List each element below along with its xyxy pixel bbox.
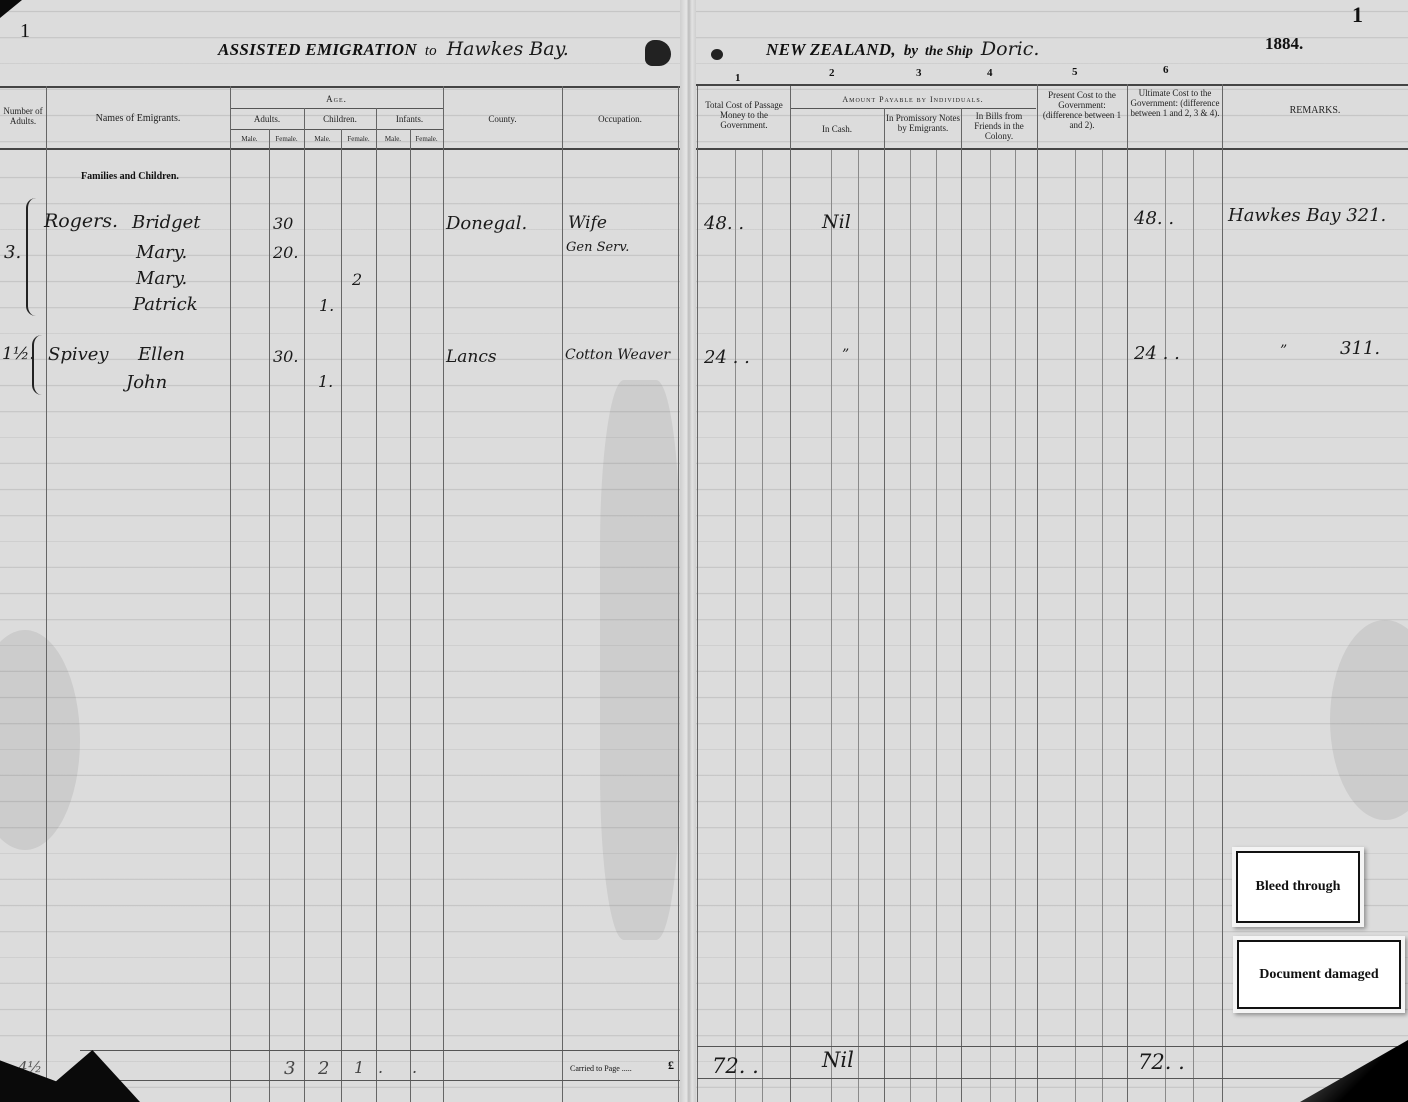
header-names: Names of Emigrants. bbox=[46, 114, 230, 124]
header-infants: Infants. bbox=[376, 114, 443, 124]
damage-hole bbox=[711, 49, 723, 60]
family-surname: Rogers. bbox=[44, 210, 118, 232]
member-first-name: Mary. bbox=[136, 242, 187, 263]
destination: Hawkes Bay. bbox=[447, 38, 569, 60]
family-adults-count: 1½. bbox=[2, 344, 35, 364]
header-ultimate-cost: Ultimate Cost to the Government: (differ… bbox=[1129, 88, 1221, 118]
ultimate-cost: 24 . . bbox=[1134, 343, 1180, 364]
age-adult-female: 30. bbox=[273, 347, 298, 366]
document-damaged-text: Document damaged bbox=[1259, 967, 1378, 983]
column-number: 4 bbox=[987, 67, 993, 79]
column-number: 5 bbox=[1072, 66, 1078, 78]
remarks-ditto: ” bbox=[1280, 343, 1287, 359]
header-in-cash: In Cash. bbox=[790, 124, 884, 134]
column-number: 3 bbox=[916, 67, 922, 79]
pound-sign: £ bbox=[668, 1058, 674, 1073]
torn-corner-top-left bbox=[0, 0, 22, 18]
carried-to-page-label: Carried to Page ..... bbox=[570, 1064, 632, 1073]
footer-total-child-male: 2 bbox=[318, 1058, 329, 1079]
family-county: Lancs bbox=[446, 347, 497, 367]
header-children: Children. bbox=[304, 114, 376, 124]
page-title-right: NEW ZEALAND, by the Ship Doric. bbox=[766, 38, 1039, 60]
page-title-left: ASSISTED EMIGRATION to Hawkes Bay. bbox=[218, 38, 569, 60]
member-first-name: Mary. bbox=[136, 268, 187, 289]
age-adult-female: 20. bbox=[273, 243, 298, 262]
title-the-ship: the Ship bbox=[925, 44, 973, 59]
header-child-male: Male. bbox=[304, 134, 341, 144]
header-adult-male: Male. bbox=[230, 134, 269, 144]
age-child-male: 1. bbox=[319, 296, 334, 315]
header-number-of-adults: Number of Adults. bbox=[0, 106, 46, 126]
header-adult-female: Female. bbox=[269, 134, 304, 144]
center-fold bbox=[680, 0, 696, 1102]
footer-in-cash: Nil bbox=[822, 1048, 854, 1072]
total-cost: 24 . . bbox=[704, 347, 750, 368]
header-remarks: REMARKS. bbox=[1222, 106, 1408, 116]
footer-total-infant-female: . bbox=[412, 1058, 417, 1077]
torn-corner-bottom-right bbox=[1300, 1040, 1408, 1102]
header-adults: Adults. bbox=[230, 114, 304, 124]
member-first-name: Patrick bbox=[133, 294, 198, 315]
water-stain bbox=[0, 630, 80, 850]
column-number: 2 bbox=[829, 67, 835, 79]
bleed-stain bbox=[600, 380, 680, 940]
member-first-name: Ellen bbox=[138, 344, 185, 365]
left-page-number: 1 bbox=[20, 20, 30, 43]
water-stain bbox=[1330, 620, 1408, 820]
header-present-cost: Present Cost to the Government: (differe… bbox=[1039, 90, 1125, 130]
header-age: Age. bbox=[230, 94, 443, 104]
age-child-male: 1. bbox=[318, 372, 333, 391]
header-occupation: Occupation. bbox=[562, 114, 678, 124]
right-page-number: 1 bbox=[1352, 2, 1363, 28]
column-number: 1 bbox=[735, 72, 741, 84]
title-by: by bbox=[904, 43, 918, 59]
member-occupation: Cotton Weaver bbox=[565, 347, 670, 363]
remarks: Hawkes Bay 321. bbox=[1228, 205, 1386, 226]
header-bills: In Bills from Friends in the Colony. bbox=[963, 111, 1035, 141]
total-cost: 48. . bbox=[704, 213, 744, 234]
bleed-through-label: Bleed through bbox=[1236, 851, 1360, 923]
family-county: Donegal. bbox=[446, 213, 527, 234]
header-child-female: Female. bbox=[341, 134, 376, 144]
header-infant-male: Male. bbox=[376, 134, 410, 144]
header-infant-female: Female. bbox=[410, 134, 443, 144]
column-number: 6 bbox=[1163, 64, 1169, 76]
in-cash-ditto: ” bbox=[842, 347, 849, 363]
footer-total-cost: 72. . bbox=[712, 1054, 759, 1078]
age-adult-female: 30 bbox=[273, 214, 293, 233]
ledger-sheet: 1 1 ASSISTED EMIGRATION to Hawkes Bay. N… bbox=[0, 0, 1408, 1102]
footer-total-child-female: 1 bbox=[354, 1058, 364, 1077]
member-occupation: Wife bbox=[568, 213, 607, 233]
family-brace bbox=[32, 335, 42, 395]
title-printed: ASSISTED EMIGRATION bbox=[218, 40, 417, 59]
document-damaged-label: Document damaged bbox=[1237, 940, 1401, 1009]
family-adults-count: 3. bbox=[4, 242, 21, 263]
damage-hole bbox=[645, 40, 671, 66]
header-county: County. bbox=[443, 114, 562, 124]
bleed-through-text: Bleed through bbox=[1256, 879, 1341, 895]
ultimate-cost: 48. . bbox=[1134, 208, 1174, 229]
family-surname: Spivey bbox=[48, 344, 109, 365]
footer-ultimate-cost: 72. . bbox=[1138, 1050, 1185, 1074]
member-first-name: John bbox=[126, 372, 167, 393]
age-child-female: 2 bbox=[352, 270, 362, 289]
section-heading: Families and Children. bbox=[81, 171, 179, 182]
year: 1884. bbox=[1265, 34, 1303, 54]
title-to: to bbox=[425, 43, 437, 59]
header-amount-payable: Amount Payable by Individuals. bbox=[790, 95, 1036, 105]
footer-total-infant-male: . bbox=[378, 1058, 383, 1077]
ship-name: Doric. bbox=[981, 38, 1040, 60]
family-brace bbox=[26, 198, 36, 316]
header-promissory: In Promissory Notes by Emigrants. bbox=[886, 113, 960, 133]
member-occupation: Gen Serv. bbox=[566, 240, 629, 255]
remarks: 311. bbox=[1340, 338, 1380, 359]
member-first-name: Bridget bbox=[132, 212, 201, 233]
in-cash: Nil bbox=[822, 211, 851, 233]
title-country: NEW ZEALAND, bbox=[766, 40, 896, 59]
footer-total-adult-female: 3 bbox=[284, 1058, 295, 1079]
header-total-cost: Total Cost of Passage Money to the Gover… bbox=[704, 100, 784, 130]
